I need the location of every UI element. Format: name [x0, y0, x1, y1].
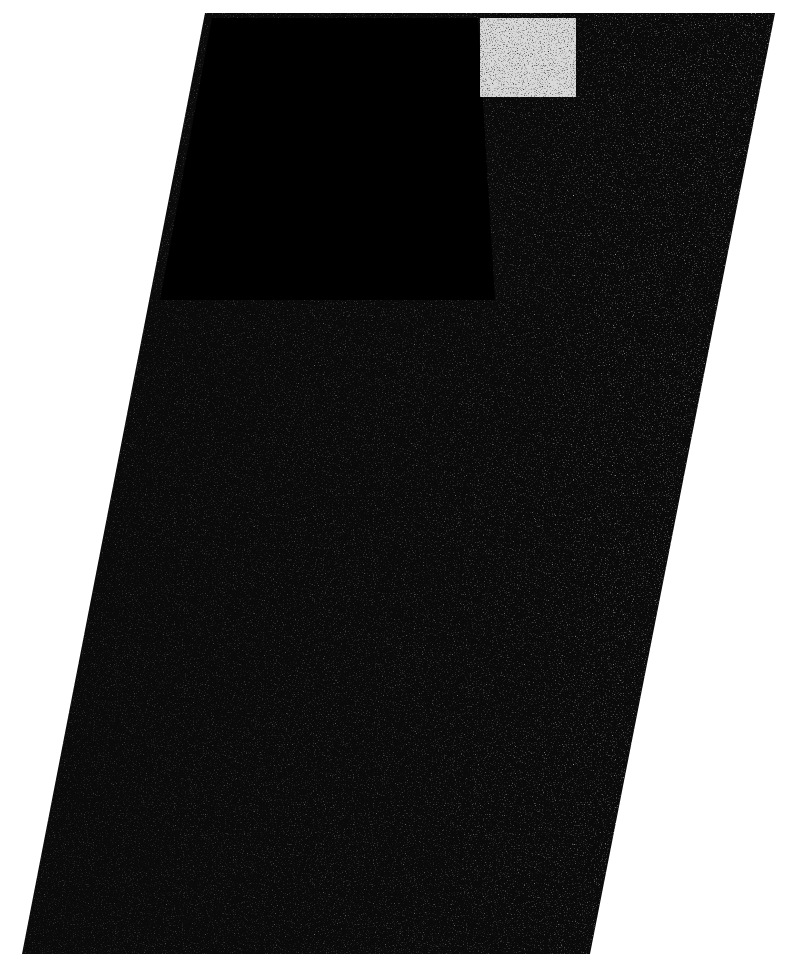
light-square [480, 18, 576, 97]
solid-dark-block [160, 18, 495, 300]
photo-scene [0, 0, 789, 968]
